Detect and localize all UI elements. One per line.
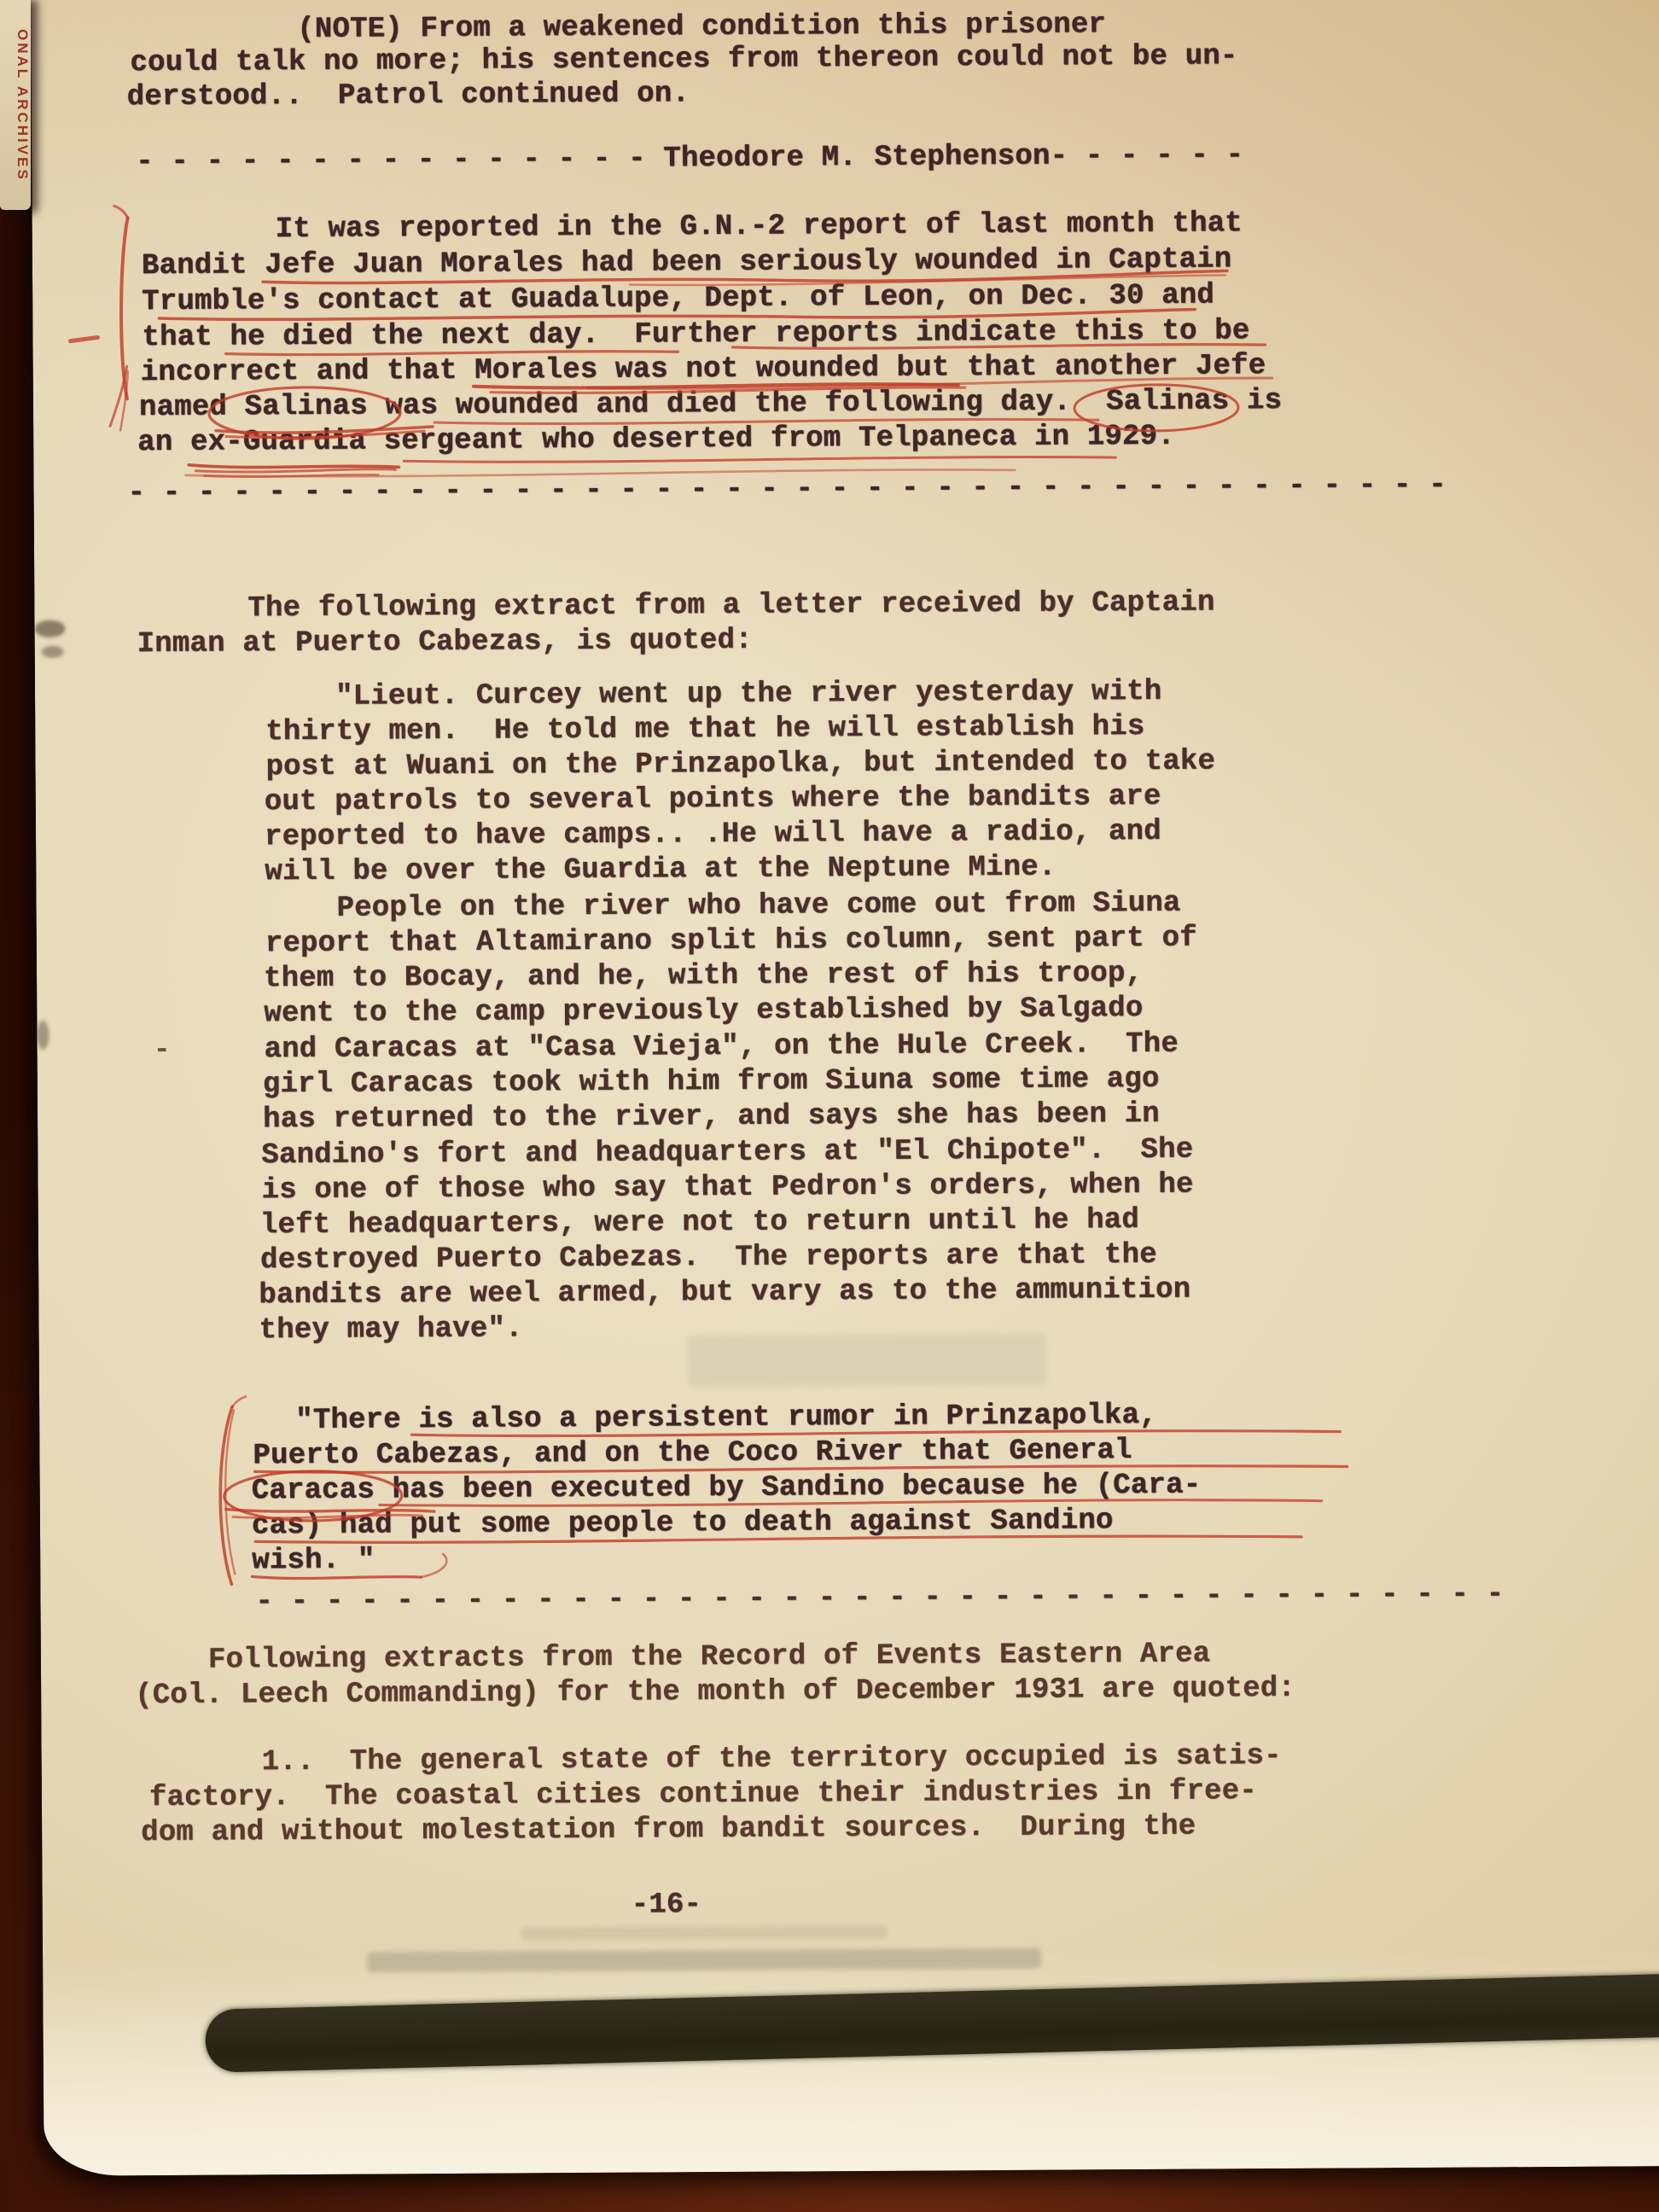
ink-smudge — [34, 620, 65, 637]
rumor-quote-line: Puerto Cabezas, and on the Coco River th… — [253, 1435, 1132, 1472]
gn2-paragraph-line: that he died the next day. Further repor… — [142, 315, 1249, 354]
attribution-line: - - - - - - - - - - - - - - - Theodore M… — [136, 139, 1243, 178]
typed-page: (NOTE) From a weakened condition this pr… — [31, 0, 1659, 2176]
letter-line: has returned to the river, and says she … — [263, 1098, 1160, 1136]
rumor-quote-line: wish. " — [252, 1544, 375, 1577]
rumor-quote-line: Caracas has been executed by Sandino bec… — [252, 1470, 1202, 1508]
item-1-line: 1.. The general state of the territory o… — [262, 1740, 1282, 1778]
letter-line: post at Wuani on the Prinzapolka, but in… — [265, 745, 1215, 783]
record-intro-line: Following extracts from the Record of Ev… — [208, 1639, 1211, 1677]
letter-line: left headquarters, were not to return un… — [260, 1204, 1139, 1242]
letter-line: girl Caracas took with him from Siuna so… — [263, 1063, 1160, 1101]
page-number: -16- — [632, 1889, 702, 1922]
letter-line: is one of those who say that Pedron's or… — [261, 1169, 1193, 1208]
bleed-through-text — [688, 1334, 1046, 1388]
record-intro-line: (Col. Leech Commanding) for the month of… — [135, 1673, 1295, 1712]
rumor-quote-line: "There is also a persistent rumor in Pri… — [295, 1400, 1157, 1437]
item-1-line: dom and without molestation from bandit … — [141, 1811, 1196, 1850]
note-line: (NOTE) From a weakened condition this pr… — [297, 9, 1106, 46]
intro-line: The following extract from a letter rece… — [247, 586, 1214, 625]
bleed-through-text — [367, 1948, 1041, 1973]
document-photo: ONAL ARCHIVES (NOTE) From a weakened con… — [0, 0, 1659, 2212]
item-1-line: factory. The coastal cities continue the… — [149, 1775, 1257, 1814]
letter-line: report that Altamirano split his column,… — [265, 923, 1197, 961]
rumor-quote-line: cas) had put some people to death agains… — [252, 1505, 1114, 1542]
note-line: could talk no more; his sentences from t… — [130, 40, 1237, 79]
archives-tab-label: ONAL ARCHIVES — [15, 29, 31, 182]
letter-line: bandits are weel armed, but vary as to t… — [259, 1274, 1190, 1313]
letter-line: out patrols to several points where the … — [265, 781, 1161, 818]
dashed-separator: - - - - - - - - - - - - - - - - - - - - … — [127, 469, 1446, 509]
letter-line: will be over the Guardia at the Neptune … — [265, 852, 1056, 889]
dashed-separator: - - - - - - - - - - - - - - - - - - - - … — [255, 1578, 1518, 1618]
gn2-paragraph-line: incorrect and that Morales was not wound… — [141, 350, 1266, 389]
intro-line: Inman at Puerto Cabezas, is quoted: — [137, 625, 753, 661]
archives-tab: ONAL ARCHIVES — [0, 0, 31, 210]
letter-line: reported to have camps.. .He will have a… — [265, 816, 1161, 853]
letter-line: Sandino's fort and headquarters at "El C… — [261, 1134, 1193, 1173]
letter-line: and Caracas at "Casa Vieja", on the Hule… — [264, 1028, 1179, 1067]
letter-line: "Lieut. Curcey went up the river yesterd… — [335, 676, 1162, 713]
letter-line: thirty men. He told me that he will esta… — [265, 711, 1144, 748]
gn2-paragraph-line: an ex-Guardia sergeant who deserted from… — [137, 421, 1175, 459]
note-line: derstood.. Patrol continued on. — [127, 78, 690, 114]
letter-line: they may have". — [259, 1313, 522, 1347]
ink-smudge — [42, 646, 64, 658]
letter-line: destroyed Puerto Cabezas. The reports ar… — [260, 1239, 1157, 1277]
margin-pencil-dash: - — [153, 1034, 171, 1067]
gn2-paragraph-line: It was reported in the G.N.-2 report of … — [276, 207, 1243, 246]
dark-band — [205, 1973, 1659, 2073]
gn2-paragraph-line: Bandit Jefe Juan Morales had been seriou… — [142, 243, 1232, 282]
letter-line: went to the camp previously established … — [264, 992, 1143, 1030]
letter-line: People on the river who have come out fr… — [336, 888, 1180, 925]
gn2-paragraph-line: Trumble's contact at Guadalupe, Dept. of… — [142, 279, 1214, 318]
bleed-through-text — [521, 1925, 888, 1941]
gn2-paragraph-line: named Salinas was wounded and died the f… — [139, 385, 1282, 424]
ink-smudge — [37, 1021, 49, 1050]
letter-line: them to Bocay, and he, with the rest of … — [264, 958, 1143, 995]
